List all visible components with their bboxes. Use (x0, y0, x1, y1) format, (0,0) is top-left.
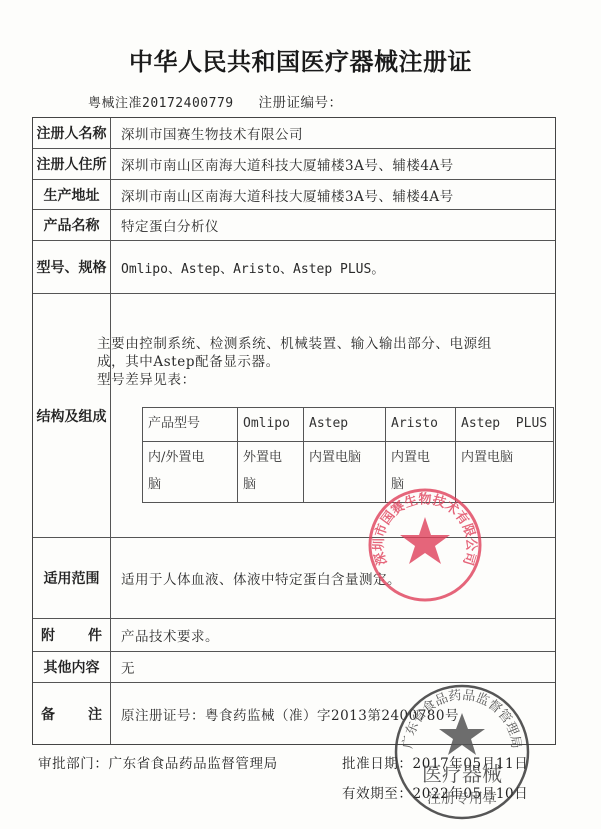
model-cell-product: 内/外置电 脑 (143, 442, 238, 503)
label-registrant-address: 注册人住所 (33, 149, 111, 179)
model-cell-line: 外置电 (243, 444, 298, 471)
model-cell-astep-plus: 内置电脑 (456, 442, 553, 503)
model-cell-line: 内/外置电 (148, 444, 232, 471)
label-model-spec: 型号、规格 (33, 241, 111, 293)
model-cell-aristo: 内置电 脑 (386, 442, 456, 503)
model-cell-line: 脑 (391, 471, 450, 498)
row-intended-use: 适用范围 适用于人体血液、体液中特定蛋白含量测定。 (33, 538, 555, 619)
model-cell-astep: 内置电脑 (304, 442, 386, 503)
structure-line-2: 成，其中Astep配备显示器。 (97, 353, 557, 371)
model-cell-line: 内置电脑 (309, 444, 380, 471)
label-production-address: 生产地址 (33, 180, 111, 209)
label-remarks-char1: 备 (41, 704, 55, 724)
row-other: 其他内容 无 (33, 652, 555, 683)
value-attachment: 产品技术要求。 (121, 619, 549, 651)
label-registrant-name: 注册人名称 (33, 118, 111, 148)
structure-description: 主要由控制系统、检测系统、机械装置、输入输出部分、电源组 成，其中Astep配备… (97, 335, 557, 389)
approval-date-value: 2017年05月11日 (413, 756, 529, 772)
structure-subtitle: 型号差异见表： (97, 371, 557, 389)
structure-line-1: 主要由控制系统、检测系统、机械装置、输入输出部分、电源组 (97, 335, 557, 353)
approval-date-label: 批准日期： (342, 756, 413, 772)
model-header-product: 产品型号 (143, 408, 238, 442)
row-model-spec: 型号、规格 Omlipo、Astep、Aristo、Astep PLUS。 (33, 241, 555, 294)
model-cell-line: 内置电 (391, 444, 450, 471)
expiry-date-value: 2022年05月10日 (413, 786, 529, 802)
label-intended-use: 适用范围 (33, 538, 111, 618)
label-remarks: 备 注 (33, 683, 111, 744)
model-cell-line: 脑 (148, 471, 232, 498)
value-remarks: 原注册证号：粤食药监械（准）字2013第2400780号 (121, 683, 549, 744)
model-header-aristo: Aristo (386, 408, 456, 442)
label-attachment-char1: 附 (41, 625, 55, 645)
label-attachment-char2: 件 (88, 625, 102, 645)
model-header-omlipo: Omlipo (238, 408, 304, 442)
label-other: 其他内容 (33, 652, 111, 682)
row-attachment: 附 件 产品技术要求。 (33, 619, 555, 652)
approval-department-label: 审批部门： (38, 756, 109, 772)
expiry-date: 有效期至：2022年05月10日 (342, 782, 528, 802)
model-difference-table: 产品型号 Omlipo Astep Aristo Astep PLUS 内/外置… (142, 407, 554, 503)
approval-department: 审批部门：广东省食品药品监督管理局 (38, 752, 278, 772)
registration-number-line: 注册证编号：粤械注准20172400779 (0, 91, 601, 111)
model-header-astep-plus: Astep PLUS (456, 408, 553, 442)
registration-number: 粤械注准20172400779 (88, 91, 595, 111)
model-cell-line: 脑 (243, 471, 298, 498)
expiry-date-label: 有效期至： (342, 786, 413, 802)
model-cell-omlipo: 外置电 脑 (238, 442, 304, 503)
row-registrant-address: 注册人住所 深圳市南山区南海大道科技大厦辅楼3A号、辅楼4A号 (33, 149, 555, 180)
value-production-address: 深圳市南山区南海大道科技大厦辅楼3A号、辅楼4A号 (121, 180, 549, 209)
model-cell-line: 内置电脑 (461, 444, 548, 471)
model-header-astep: Astep (304, 408, 386, 442)
label-structure: 结构及组成 (33, 294, 111, 537)
value-product-name: 特定蛋白分析仪 (121, 210, 549, 240)
row-registrant-name: 注册人名称 深圳市国赛生物技术有限公司 (33, 118, 555, 149)
row-production-address: 生产地址 深圳市南山区南海大道科技大厦辅楼3A号、辅楼4A号 (33, 180, 555, 210)
value-other: 无 (121, 652, 549, 682)
label-attachment: 附 件 (33, 619, 111, 651)
approval-date: 批准日期：2017年05月11日 (342, 752, 528, 772)
label-product-name: 产品名称 (33, 210, 111, 240)
row-remarks: 备 注 原注册证号：粤食药监械（准）字2013第2400780号 (33, 683, 555, 744)
document-title: 中华人民共和国医疗器械注册证 (0, 42, 601, 77)
value-model-spec: Omlipo、Astep、Aristo、Astep PLUS。 (121, 241, 549, 293)
label-remarks-char2: 注 (88, 704, 102, 724)
approval-department-value: 广东省食品药品监督管理局 (109, 756, 278, 772)
value-registrant-name: 深圳市国赛生物技术有限公司 (121, 118, 549, 148)
value-intended-use: 适用于人体血液、体液中特定蛋白含量测定。 (121, 538, 549, 618)
row-product-name: 产品名称 特定蛋白分析仪 (33, 210, 555, 241)
value-registrant-address: 深圳市南山区南海大道科技大厦辅楼3A号、辅楼4A号 (121, 149, 549, 179)
